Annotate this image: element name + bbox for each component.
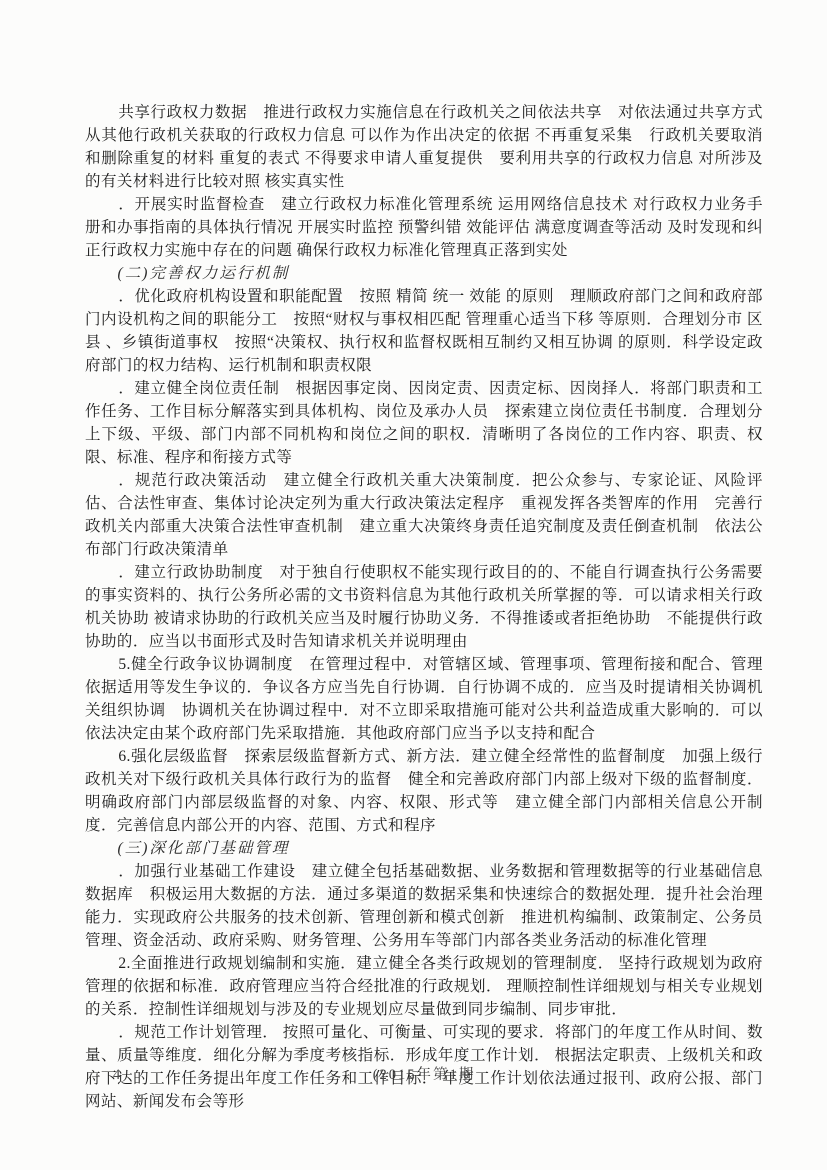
- paragraph-hierarchical-supervision: 6.强化层级监督 探索层级监督新方式、新方法．建立健全经常性的监督制度 加强上级…: [85, 745, 763, 837]
- section-heading-2: (二)完善权力运行机制: [85, 262, 763, 285]
- paragraph-administrative-planning: 2.全面推进行政规划编制和实施．建立健全各类行政规划的管理制度． 坚持行政规划为…: [85, 952, 763, 1021]
- paragraph-decision-making: ．规范行政决策活动 建立健全行政机关重大决策制度．把公众参与、专家论证、风险评估…: [85, 469, 763, 561]
- paragraph-share-power-data: 共享行政权力数据 推进行政权力实施信息在行政机关之间依法共享 对依法通过共享方式…: [85, 101, 763, 193]
- document-page: 共享行政权力数据 推进行政权力实施信息在行政机关之间依法共享 对依法通过共享方式…: [0, 0, 827, 1170]
- paragraph-post-responsibility: ．建立健全岗位责任制 根据因事定岗、因岗定责、因责定标、因岗择人．将部门职责和工…: [85, 377, 763, 469]
- paragraph-realtime-supervision: ．开展实时监督检查 建立行政权力标准化管理系统 运用网络信息技术 对行政权力业务…: [85, 193, 763, 262]
- page-footer: 4 (2015年第1期: [85, 1064, 763, 1087]
- paragraph-industry-foundation: ．加强行业基础工作建设 建立健全包括基础数据、业务数据和管理数据等的行业基础信息…: [85, 860, 763, 952]
- paragraph-administrative-assistance: ．建立行政协助制度 对于独自行使职权不能实现行政目的的、不能自行调查执行公务需要…: [85, 561, 763, 653]
- paragraph-dispute-coordination: 5.健全行政争议协调制度 在管理过程中．对管辖区域、管理事项、管理衔接和配合、管…: [85, 653, 763, 745]
- section-heading-3: (三)深化部门基础管理: [85, 837, 763, 860]
- document-body: 共享行政权力数据 推进行政权力实施信息在行政机关之间依法共享 对依法通过共享方式…: [85, 101, 763, 1113]
- issue-label: (2015年第1期: [85, 1064, 763, 1087]
- paragraph-optimize-structure: ．优化政府机构设置和职能配置 按照 精简 统一 效能 的原则 理顺政府部门之间和…: [85, 285, 763, 377]
